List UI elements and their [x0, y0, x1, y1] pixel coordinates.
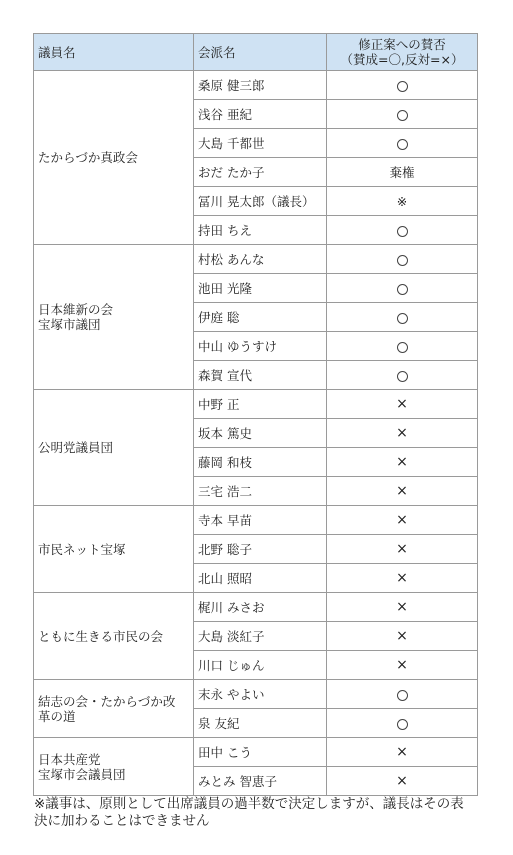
oppose-cross-icon: ×: [396, 600, 408, 615]
member-name-cell: 北野 聡子: [194, 535, 327, 564]
vote-result-cell: ×: [327, 535, 478, 564]
vote-text: ※: [397, 194, 407, 209]
vote-result-cell: [327, 680, 478, 709]
vote-result-cell: ×: [327, 448, 478, 477]
vote-result-cell: 棄権: [327, 158, 478, 187]
oppose-cross-icon: ×: [396, 513, 408, 528]
vote-result-cell: ×: [327, 477, 478, 506]
approve-circle-icon: [397, 371, 408, 382]
header-col1: 議員名: [34, 34, 194, 71]
table-row: 日本維新の会宝塚市議団村松 あんな: [34, 245, 478, 274]
oppose-cross-icon: ×: [396, 745, 408, 760]
vote-result-cell: [327, 303, 478, 332]
vote-table-body: たからづか真政会桑原 健三郎浅谷 亜紀大島 千都世おだ たか子棄権冨川 晃太郎（…: [34, 71, 478, 796]
member-name-cell: 田中 こう: [194, 738, 327, 767]
member-name-cell: 川口 じゅん: [194, 651, 327, 680]
party-name-line: 革の道: [38, 709, 189, 724]
vote-result-cell: [327, 71, 478, 100]
vote-result-cell: ×: [327, 767, 478, 796]
member-name-cell: 森賀 宣代: [194, 361, 327, 390]
member-name-cell: 大島 千都世: [194, 129, 327, 158]
member-name-cell: 梶川 みさお: [194, 593, 327, 622]
oppose-cross-icon: ×: [396, 629, 408, 644]
member-name-cell: おだ たか子: [194, 158, 327, 187]
member-name-cell: 冨川 晃太郎（議長）: [194, 187, 327, 216]
vote-result-cell: [327, 709, 478, 738]
party-name-cell: たからづか真政会: [34, 71, 194, 245]
approve-circle-icon: [397, 719, 408, 730]
vote-result-cell: ※: [327, 187, 478, 216]
vote-result-cell: ×: [327, 622, 478, 651]
oppose-cross-icon: ×: [396, 774, 408, 789]
oppose-cross-icon: ×: [396, 484, 408, 499]
approve-circle-icon: [397, 284, 408, 295]
vote-result-cell: ×: [327, 564, 478, 593]
approve-circle-icon: [397, 139, 408, 150]
vote-table: 議員名 会派名 修正案への賛否 （賛成=〇,反対=×） たからづか真政会桑原 健…: [33, 33, 478, 796]
table-row: 公明党議員団中野 正×: [34, 390, 478, 419]
vote-result-cell: ×: [327, 390, 478, 419]
member-name-cell: 池田 光隆: [194, 274, 327, 303]
party-name-line: たからづか真政会: [38, 150, 189, 165]
table-row: ともに生きる市民の会梶川 みさお×: [34, 593, 478, 622]
party-name-cell: 市民ネット宝塚: [34, 506, 194, 593]
vote-result-cell: ×: [327, 651, 478, 680]
party-name-line: 宝塚市会議員団: [38, 767, 189, 782]
member-name-cell: 中野 正: [194, 390, 327, 419]
party-name-cell: 日本共産党宝塚市会議員団: [34, 738, 194, 796]
header-col3: 修正案への賛否 （賛成=〇,反対=×）: [327, 34, 478, 71]
approve-circle-icon: [397, 690, 408, 701]
member-name-cell: 泉 友紀: [194, 709, 327, 738]
party-name-cell: 公明党議員団: [34, 390, 194, 506]
approve-circle-icon: [397, 110, 408, 121]
member-name-cell: 坂本 篤史: [194, 419, 327, 448]
approve-circle-icon: [397, 342, 408, 353]
oppose-cross-icon: ×: [396, 571, 408, 586]
vote-result-cell: ×: [327, 506, 478, 535]
footnote-line2: 決に加わることはできません: [34, 813, 484, 830]
footnote: ※議事は、原則として出席議員の過半数で決定しますが、議長はその表 決に加わること…: [34, 796, 484, 829]
party-name-line: 宝塚市議団: [38, 317, 189, 332]
oppose-cross-icon: ×: [396, 542, 408, 557]
party-name-cell: 結志の会・たからづか改革の道: [34, 680, 194, 738]
member-name-cell: 持田 ちえ: [194, 216, 327, 245]
member-name-cell: 末永 やよい: [194, 680, 327, 709]
member-name-cell: みとみ 智恵子: [194, 767, 327, 796]
table-row: 市民ネット宝塚寺本 早苗×: [34, 506, 478, 535]
table-row: たからづか真政会桑原 健三郎: [34, 71, 478, 100]
member-name-cell: 北山 照昭: [194, 564, 327, 593]
approve-circle-icon: [397, 81, 408, 92]
vote-result-cell: [327, 274, 478, 303]
member-name-cell: 寺本 早苗: [194, 506, 327, 535]
vote-result-cell: [327, 245, 478, 274]
party-name-cell: 日本維新の会宝塚市議団: [34, 245, 194, 390]
member-name-cell: 三宅 浩二: [194, 477, 327, 506]
oppose-cross-icon: ×: [396, 426, 408, 441]
vote-result-cell: ×: [327, 738, 478, 767]
member-name-cell: 浅谷 亜紀: [194, 100, 327, 129]
vote-result-cell: ×: [327, 593, 478, 622]
table-row: 日本共産党宝塚市会議員団田中 こう×: [34, 738, 478, 767]
vote-result-cell: [327, 100, 478, 129]
approve-circle-icon: [397, 313, 408, 324]
oppose-cross-icon: ×: [396, 455, 408, 470]
footnote-line1: ※議事は、原則として出席議員の過半数で決定しますが、議長はその表: [34, 796, 484, 813]
party-name-line: 結志の会・たからづか改: [38, 694, 189, 709]
member-name-cell: 藤岡 和枝: [194, 448, 327, 477]
vote-text: 棄権: [389, 165, 414, 180]
vote-result-cell: [327, 129, 478, 158]
party-name-cell: ともに生きる市民の会: [34, 593, 194, 680]
member-name-cell: 桑原 健三郎: [194, 71, 327, 100]
approve-circle-icon: [397, 255, 408, 266]
vote-result-cell: [327, 332, 478, 361]
header-row: 議員名 会派名 修正案への賛否 （賛成=〇,反対=×）: [34, 34, 478, 71]
member-name-cell: 中山 ゆうすけ: [194, 332, 327, 361]
vote-result-cell: [327, 361, 478, 390]
member-name-cell: 大島 淡紅子: [194, 622, 327, 651]
member-name-cell: 村松 あんな: [194, 245, 327, 274]
oppose-cross-icon: ×: [396, 397, 408, 412]
party-name-line: 市民ネット宝塚: [38, 542, 189, 557]
approve-circle-icon: [397, 226, 408, 237]
party-name-line: 日本維新の会: [38, 302, 189, 317]
party-name-line: ともに生きる市民の会: [38, 629, 189, 644]
oppose-cross-icon: ×: [396, 658, 408, 673]
header-col3-line1: 修正案への賛否: [331, 37, 473, 52]
vote-result-cell: [327, 216, 478, 245]
header-col3-line2: （賛成=〇,反対=×）: [331, 52, 473, 67]
party-name-line: 日本共産党: [38, 752, 189, 767]
party-name-line: 公明党議員団: [38, 440, 189, 455]
member-name-cell: 伊庭 聡: [194, 303, 327, 332]
table-row: 結志の会・たからづか改革の道末永 やよい: [34, 680, 478, 709]
vote-result-cell: ×: [327, 419, 478, 448]
header-col2: 会派名: [194, 34, 327, 71]
